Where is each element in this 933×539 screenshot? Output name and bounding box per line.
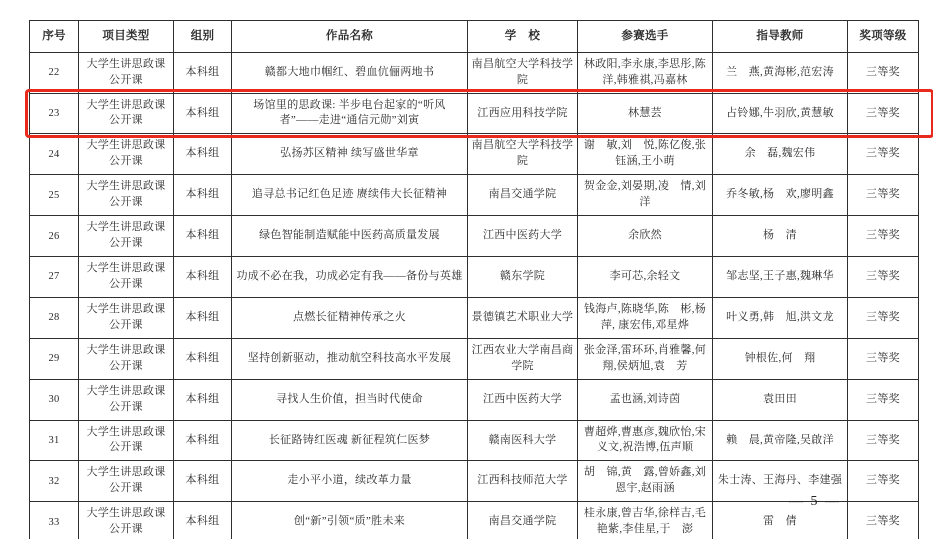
cell-seq: 27 [30, 257, 79, 298]
cell-title: 绿色智能制造赋能中医药高质量发展 [232, 216, 468, 257]
cell-contestants: 林政阳,李永康,李思彤,陈 洋,韩雅祺,冯嘉林 [578, 52, 713, 93]
cell-seq: 28 [30, 297, 79, 338]
cell-contestants: 林慧芸 [578, 93, 713, 134]
cell-school: 景德镇艺术职业大学 [468, 297, 578, 338]
cell-school: 江西农业大学南昌商学院 [468, 338, 578, 379]
cell-group: 本科组 [174, 134, 232, 175]
cell-category: 大学生讲思政课 公开课 [79, 257, 174, 298]
cell-advisors: 占铃娜,牛羽欣,黄慧敏 [713, 93, 848, 134]
cell-contestants: 张金泽,雷环环,肖雅馨,何 翔,侯炳旭,袁 芳 [578, 338, 713, 379]
cell-advisors: 叶义勇,韩 旭,洪文龙 [713, 297, 848, 338]
cell-group: 本科组 [174, 175, 232, 216]
cell-school: 南昌航空大学科技学院 [468, 134, 578, 175]
cell-seq: 24 [30, 134, 79, 175]
cell-category: 大学生讲思政课 公开课 [79, 93, 174, 134]
cell-seq: 29 [30, 338, 79, 379]
table-row: 30大学生讲思政课 公开课本科组寻找人生价值，担当时代使命江西中医药大学孟也涵,… [30, 379, 919, 420]
cell-contestants: 余欣然 [578, 216, 713, 257]
cell-title: 功成不必在我，功成必定有我——备份与英雄 [232, 257, 468, 298]
table-row: 31大学生讲思政课 公开课本科组长征路铸红医魂 新征程筑仁医梦赣南医科大学曹超烨… [30, 420, 919, 461]
cell-category: 大学生讲思政课 公开课 [79, 297, 174, 338]
cell-school: 江西应用科技学院 [468, 93, 578, 134]
cell-award: 三等奖 [848, 257, 919, 298]
cell-award: 三等奖 [848, 297, 919, 338]
cell-school: 江西中医药大学 [468, 379, 578, 420]
cell-advisors: 袁田田 [713, 379, 848, 420]
cell-award: 三等奖 [848, 420, 919, 461]
cell-group: 本科组 [174, 52, 232, 93]
cell-group: 本科组 [174, 257, 232, 298]
table-row: 25大学生讲思政课 公开课本科组追寻总书记红色足迹 赓续伟大长征精神南昌交通学院… [30, 175, 919, 216]
cell-seq: 25 [30, 175, 79, 216]
cell-title: 弘扬苏区精神 续写盛世华章 [232, 134, 468, 175]
cell-advisors: 杨 清 [713, 216, 848, 257]
column-header-group: 组别 [174, 21, 232, 53]
cell-award: 三等奖 [848, 52, 919, 93]
cell-school: 江西科技师范大学 [468, 461, 578, 502]
cell-group: 本科组 [174, 379, 232, 420]
cell-category: 大学生讲思政课 公开课 [79, 134, 174, 175]
cell-seq: 32 [30, 461, 79, 502]
cell-group: 本科组 [174, 461, 232, 502]
cell-title: 走小平小道，续改革力量 [232, 461, 468, 502]
cell-group: 本科组 [174, 502, 232, 539]
cell-school: 赣南医科大学 [468, 420, 578, 461]
cell-advisors: 乔冬敏,杨 欢,廖明鑫 [713, 175, 848, 216]
cell-contestants: 贺金金,刘晏期,凌 情,刘 洋 [578, 175, 713, 216]
cell-contestants: 曹超烨,曹惠彦,魏欣怡,宋义文,祝浩博,伍声顺 [578, 420, 713, 461]
cell-title: 创“新”引领“质”胜未来 [232, 502, 468, 539]
cell-title: 追寻总书记红色足迹 赓续伟大长征精神 [232, 175, 468, 216]
cell-group: 本科组 [174, 297, 232, 338]
cell-school: 南昌航空大学科技学院 [468, 52, 578, 93]
table-row: 26大学生讲思政课 公开课本科组绿色智能制造赋能中医药高质量发展江西中医药大学余… [30, 216, 919, 257]
cell-group: 本科组 [174, 216, 232, 257]
column-header-advisors: 指导教师 [713, 21, 848, 53]
cell-category: 大学生讲思政课 公开课 [79, 52, 174, 93]
cell-category: 大学生讲思政课 公开课 [79, 420, 174, 461]
column-header-school: 学 校 [468, 21, 578, 53]
cell-title: 寻找人生价值，担当时代使命 [232, 379, 468, 420]
column-header-award: 奖项等级 [848, 21, 919, 53]
cell-award: 三等奖 [848, 338, 919, 379]
cell-group: 本科组 [174, 93, 232, 134]
cell-contestants: 钱海卢,陈晓华,陈 彬,杨 萍, 康宏伟,邓星烨 [578, 297, 713, 338]
cell-award: 三等奖 [848, 379, 919, 420]
cell-group: 本科组 [174, 420, 232, 461]
cell-contestants: 谢 敏,刘 悦,陈亿俊,张钰涵,王小萌 [578, 134, 713, 175]
cell-award: 三等奖 [848, 175, 919, 216]
column-header-title: 作品名称 [232, 21, 468, 53]
table-header-row: 序号项目类型组别作品名称学 校参赛选手指导教师奖项等级 [30, 21, 919, 53]
cell-category: 大学生讲思政课 公开课 [79, 175, 174, 216]
cell-award: 三等奖 [848, 216, 919, 257]
cell-seq: 26 [30, 216, 79, 257]
cell-category: 大学生讲思政课 公开课 [79, 502, 174, 539]
award-results-table: 序号项目类型组别作品名称学 校参赛选手指导教师奖项等级 22大学生讲思政课 公开… [29, 20, 919, 539]
cell-school: 江西中医药大学 [468, 216, 578, 257]
cell-contestants: 胡 锦,黄 露,曾娇鑫,刘恩宇,赵雨涵 [578, 461, 713, 502]
cell-award: 三等奖 [848, 93, 919, 134]
cell-contestants: 孟也涵,刘诗茵 [578, 379, 713, 420]
cell-title: 坚持创新驱动，推动航空科技高水平发展 [232, 338, 468, 379]
cell-award: 三等奖 [848, 134, 919, 175]
page-number: — 5 — [760, 494, 870, 510]
cell-seq: 33 [30, 502, 79, 539]
cell-category: 大学生讲思政课 公开课 [79, 216, 174, 257]
cell-seq: 22 [30, 52, 79, 93]
cell-title: 点燃长征精神传承之火 [232, 297, 468, 338]
cell-contestants: 桂永康,曾吉华,徐样吉,毛艳紫,李佳星,于 澎 [578, 502, 713, 539]
cell-school: 南昌交通学院 [468, 502, 578, 539]
cell-title: 长征路铸红医魂 新征程筑仁医梦 [232, 420, 468, 461]
column-header-category: 项目类型 [79, 21, 174, 53]
column-header-contestants: 参赛选手 [578, 21, 713, 53]
cell-seq: 30 [30, 379, 79, 420]
cell-title: 赣都大地巾帼红、碧血伉俪两地书 [232, 52, 468, 93]
cell-category: 大学生讲思政课 公开课 [79, 461, 174, 502]
table-row: 29大学生讲思政课 公开课本科组坚持创新驱动，推动航空科技高水平发展江西农业大学… [30, 338, 919, 379]
cell-category: 大学生讲思政课 公开课 [79, 379, 174, 420]
table-row: 27大学生讲思政课 公开课本科组功成不必在我，功成必定有我——备份与英雄赣东学院… [30, 257, 919, 298]
cell-advisors: 赖 晨,黄帝隆,吴啟洋 [713, 420, 848, 461]
cell-advisors: 余 磊,魏宏伟 [713, 134, 848, 175]
cell-seq: 23 [30, 93, 79, 134]
cell-seq: 31 [30, 420, 79, 461]
cell-school: 赣东学院 [468, 257, 578, 298]
column-header-seq: 序号 [30, 21, 79, 53]
cell-group: 本科组 [174, 338, 232, 379]
cell-title: 场馆里的思政课: 半步电台起家的“听风者”——走进“通信元勋”刘寅 [232, 93, 468, 134]
document-page: 序号项目类型组别作品名称学 校参赛选手指导教师奖项等级 22大学生讲思政课 公开… [0, 0, 933, 539]
table-row: 28大学生讲思政课 公开课本科组点燃长征精神传承之火景德镇艺术职业大学钱海卢,陈… [30, 297, 919, 338]
table-body: 22大学生讲思政课 公开课本科组赣都大地巾帼红、碧血伉俪两地书南昌航空大学科技学… [30, 52, 919, 539]
cell-school: 南昌交通学院 [468, 175, 578, 216]
cell-advisors: 邹志坚,王子惠,魏琳华 [713, 257, 848, 298]
table-row: 24大学生讲思政课 公开课本科组弘扬苏区精神 续写盛世华章南昌航空大学科技学院谢… [30, 134, 919, 175]
cell-category: 大学生讲思政课 公开课 [79, 338, 174, 379]
cell-advisors: 兰 燕,黄海彬,范宏涛 [713, 52, 848, 93]
cell-advisors: 钟根佐,何 翔 [713, 338, 848, 379]
cell-contestants: 李可芯,余轻文 [578, 257, 713, 298]
table-row: 22大学生讲思政课 公开课本科组赣都大地巾帼红、碧血伉俪两地书南昌航空大学科技学… [30, 52, 919, 93]
table-row: 23大学生讲思政课 公开课本科组场馆里的思政课: 半步电台起家的“听风者”——走… [30, 93, 919, 134]
